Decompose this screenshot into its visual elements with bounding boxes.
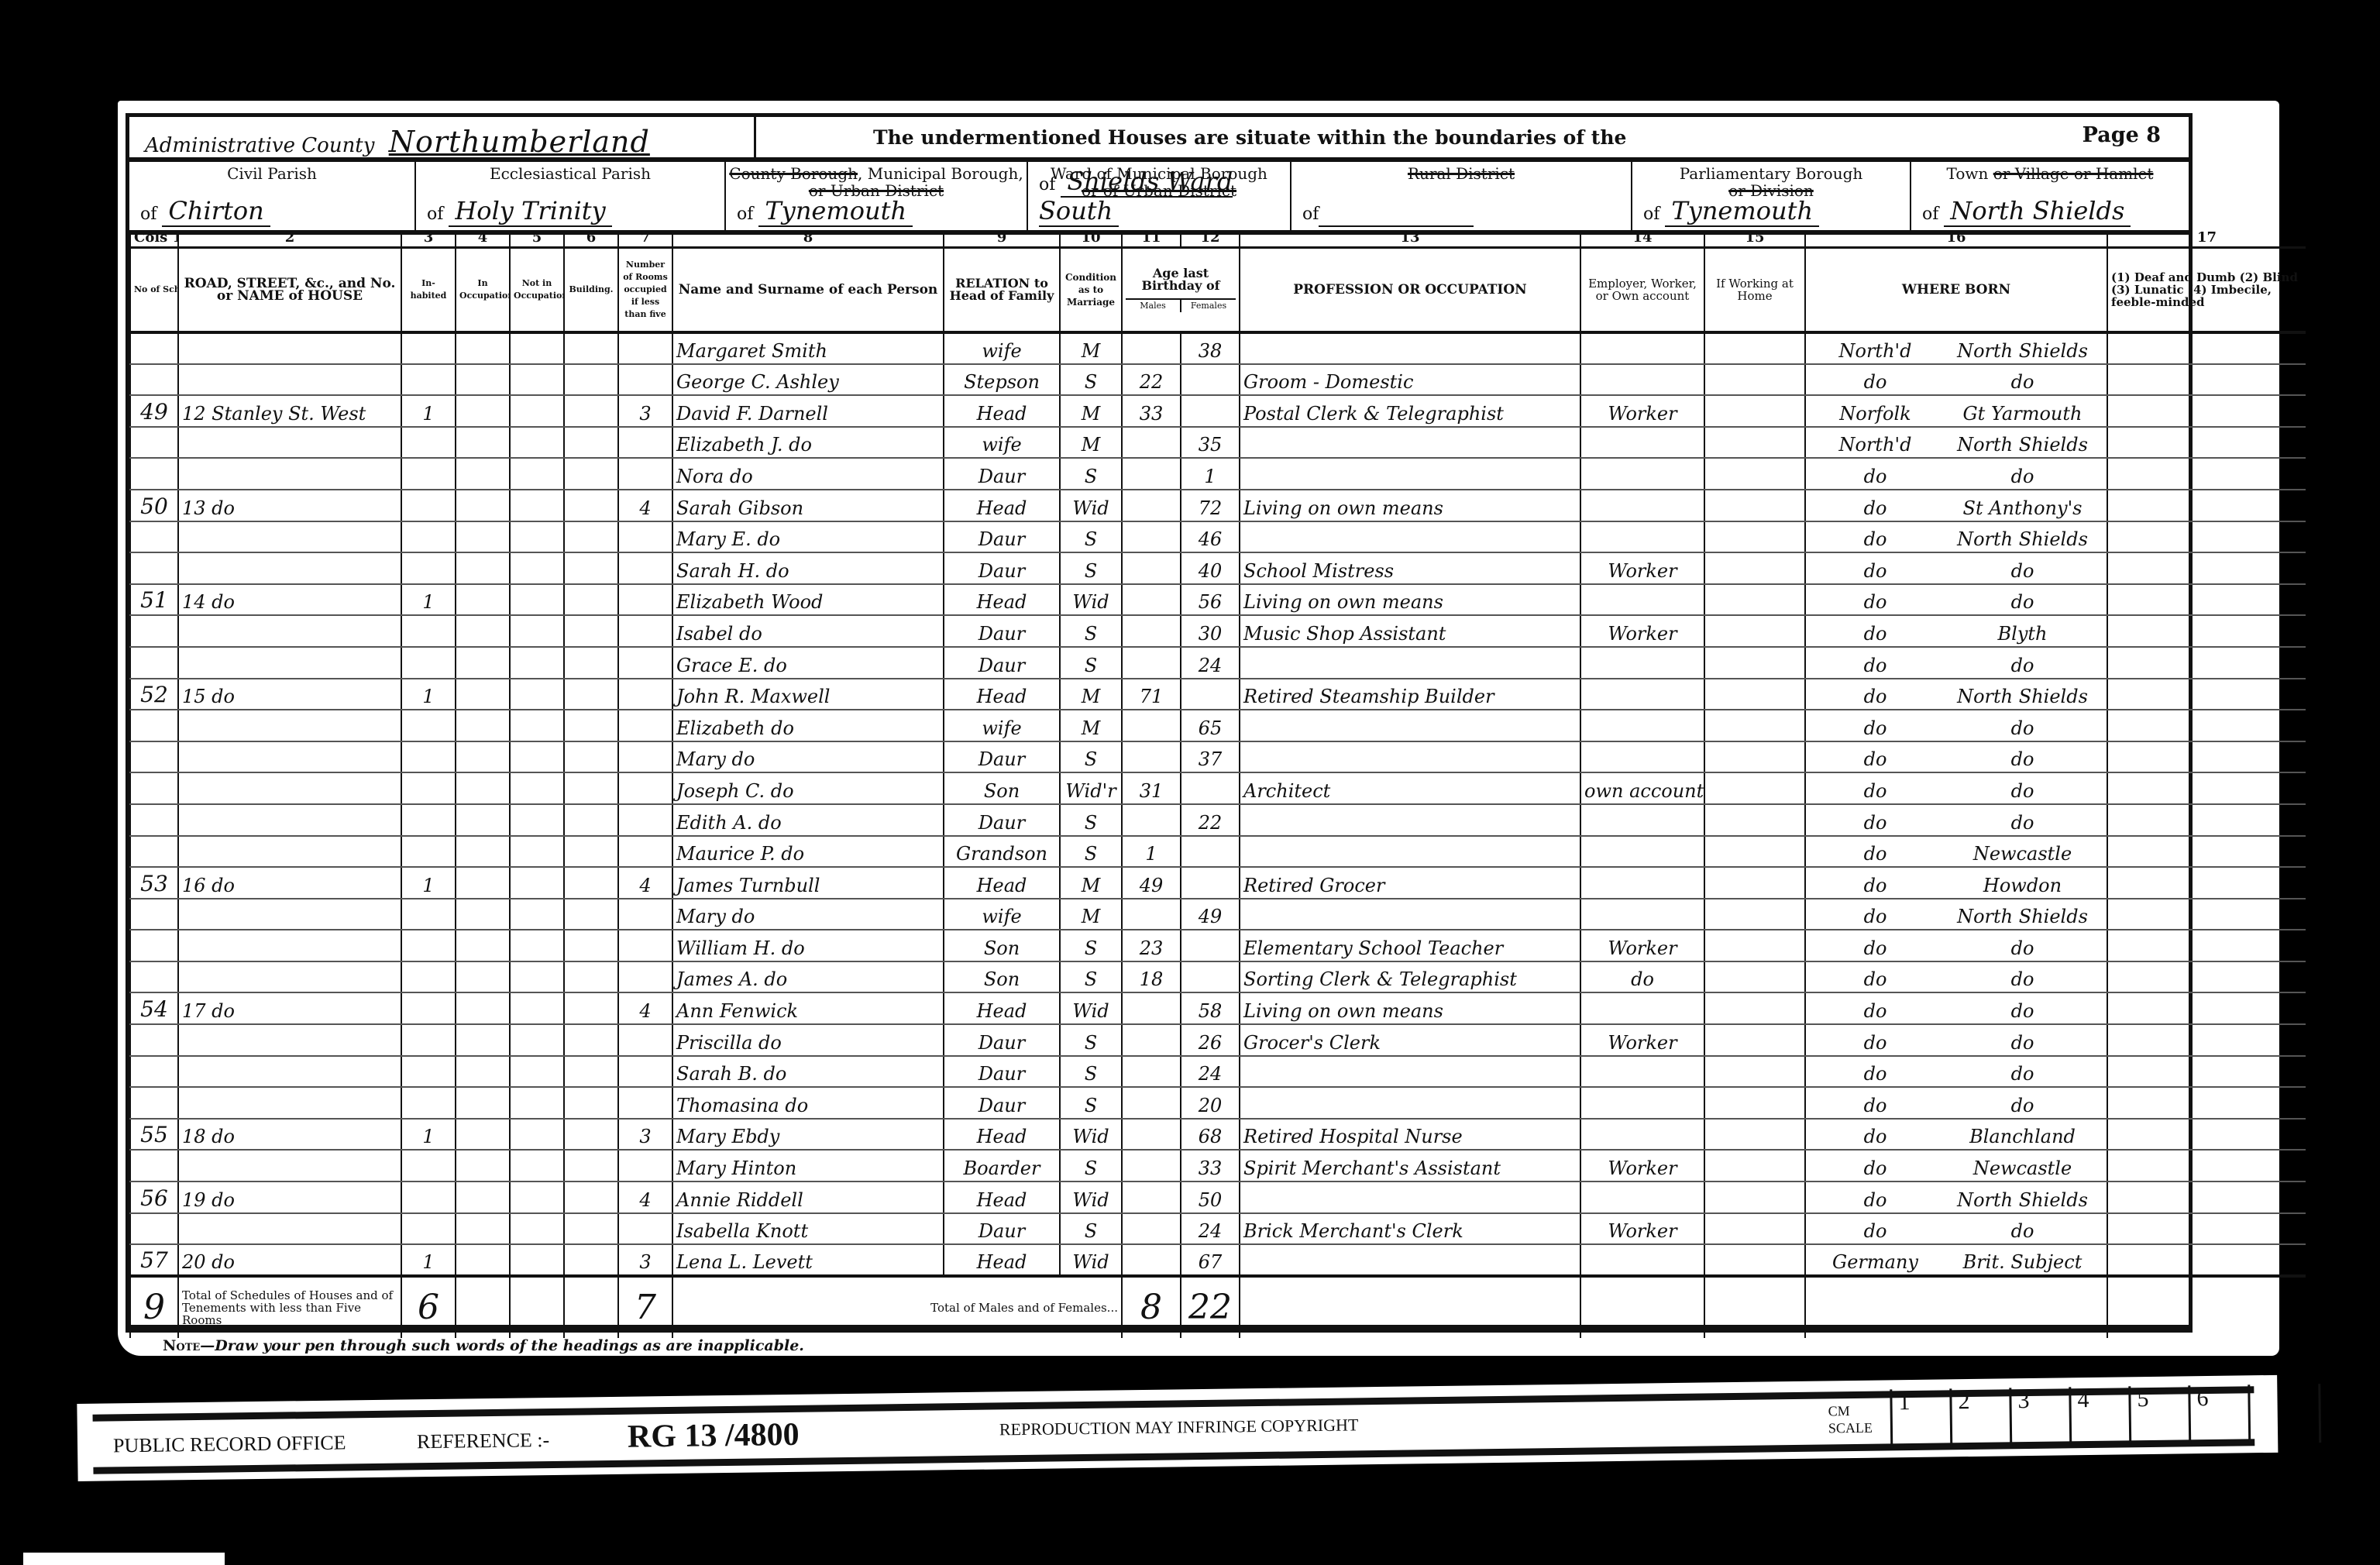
employment-status bbox=[1580, 992, 1704, 1024]
table-row: James A. doSonS18Sorting Clerk & Telegra… bbox=[130, 961, 2306, 993]
address bbox=[178, 364, 401, 396]
header-inhabited: In-habited bbox=[401, 247, 456, 332]
reference-label: REFERENCE :- bbox=[417, 1429, 550, 1453]
parliamentary-borough: Parliamentary Boroughor Division of Tyne… bbox=[1632, 162, 1911, 230]
occupation bbox=[1240, 710, 1580, 741]
cm-scale-label: CM SCALE bbox=[1828, 1402, 1876, 1437]
occupation: Architect bbox=[1240, 772, 1580, 804]
address: 18 do bbox=[178, 1119, 401, 1151]
table-row: Elizabeth J. dowifeM35North'dNorth Shiel… bbox=[130, 427, 2306, 459]
age-male: 23 bbox=[1122, 930, 1181, 961]
condition: M bbox=[1060, 332, 1122, 364]
born-county: do bbox=[1809, 1032, 1941, 1054]
relation: Daur bbox=[944, 521, 1060, 553]
occupation bbox=[1240, 521, 1580, 553]
born-county: do bbox=[1809, 466, 1941, 487]
born-place: Gt Yarmouth bbox=[1941, 403, 2103, 425]
where-born: doHowdon bbox=[1805, 867, 2107, 899]
occupation: Brick Merchant's Clerk bbox=[1240, 1213, 1580, 1245]
occupation: School Mistress bbox=[1240, 552, 1580, 584]
employment-status bbox=[1580, 521, 1704, 553]
person-name: Elizabeth J. do bbox=[672, 427, 944, 459]
houses-inhabited bbox=[401, 930, 456, 961]
houses-inhabited bbox=[401, 552, 456, 584]
schedule-number: 54 bbox=[130, 992, 178, 1024]
occupation bbox=[1240, 458, 1580, 490]
condition: S bbox=[1060, 930, 1122, 961]
condition: Wid'r bbox=[1060, 772, 1122, 804]
relation: Boarder bbox=[944, 1150, 1060, 1181]
rooms bbox=[618, 647, 672, 679]
person-name: David F. Darnell bbox=[672, 395, 944, 427]
page-corner bbox=[23, 1553, 225, 1565]
rooms bbox=[618, 899, 672, 930]
copyright-notice: REPRODUCTION MAY INFRINGE COPYRIGHT bbox=[999, 1415, 1359, 1439]
occupation bbox=[1240, 427, 1580, 459]
cm-scale-mark: 1 bbox=[1890, 1388, 1950, 1448]
where-born: dodo bbox=[1805, 961, 2107, 993]
born-place: North Shields bbox=[1941, 528, 2103, 550]
column-number: 17 bbox=[2107, 230, 2306, 247]
age-female: 1 bbox=[1181, 458, 1240, 490]
age-male: 49 bbox=[1122, 867, 1181, 899]
cm-scale-mark: 4 bbox=[2069, 1386, 2129, 1446]
where-born: North'dNorth Shields bbox=[1805, 332, 2107, 364]
where-born: dodo bbox=[1805, 1213, 2107, 1245]
employment-status bbox=[1580, 1056, 1704, 1088]
born-county: North'd bbox=[1809, 340, 1941, 362]
person-name: Edith A. do bbox=[672, 804, 944, 836]
schedule-number bbox=[130, 836, 178, 868]
person-name: Mary Hinton bbox=[672, 1150, 944, 1181]
address bbox=[178, 427, 401, 459]
houses-inhabited: 1 bbox=[401, 1119, 456, 1151]
schedule-number bbox=[130, 458, 178, 490]
census-form: Administrative County Northumberland The… bbox=[126, 113, 2193, 1333]
rooms bbox=[618, 741, 672, 773]
where-born: NorfolkGt Yarmouth bbox=[1805, 395, 2107, 427]
address: 16 do bbox=[178, 867, 401, 899]
born-place: do bbox=[1941, 1095, 2103, 1116]
houses-inhabited bbox=[401, 1181, 456, 1213]
where-born: dodo bbox=[1805, 552, 2107, 584]
born-county: do bbox=[1809, 1000, 1941, 1022]
age-male bbox=[1122, 647, 1181, 679]
table-row: Edith A. doDaurS22dodo bbox=[130, 804, 2306, 836]
age-female: 38 bbox=[1181, 332, 1240, 364]
header-rooms: Number of Rooms occupied if less than fi… bbox=[618, 247, 672, 332]
header-address: ROAD, STREET, &c., and No. or NAME of HO… bbox=[178, 247, 401, 332]
occupation: Retired Hospital Nurse bbox=[1240, 1119, 1580, 1151]
rooms: 4 bbox=[618, 992, 672, 1024]
table-row: Margaret SmithwifeM38North'dNorth Shield… bbox=[130, 332, 2306, 364]
age-female: 26 bbox=[1181, 1024, 1240, 1056]
schedule-number bbox=[130, 930, 178, 961]
born-place: do bbox=[1941, 655, 2103, 676]
address: 19 do bbox=[178, 1181, 401, 1213]
cm-scale-mark bbox=[2248, 1384, 2321, 1443]
header-occupation: PROFESSION OR OCCUPATION bbox=[1240, 247, 1580, 332]
table-row: Sarah H. doDaurS40School MistressWorkerd… bbox=[130, 552, 2306, 584]
where-born: doBlyth bbox=[1805, 615, 2107, 647]
column-number: 11 bbox=[1122, 230, 1181, 247]
address bbox=[178, 521, 401, 553]
rural-district-value bbox=[1319, 196, 1474, 227]
age-female: 68 bbox=[1181, 1119, 1240, 1151]
houses-inhabited bbox=[401, 992, 456, 1024]
schedule-number: 57 bbox=[130, 1244, 178, 1276]
address: 20 do bbox=[178, 1244, 401, 1276]
column-number: 2 bbox=[178, 230, 401, 247]
where-born: doNewcastle bbox=[1805, 836, 2107, 868]
parliamentary-borough-value: Tynemouth bbox=[1665, 196, 1819, 227]
age-female: 24 bbox=[1181, 1213, 1240, 1245]
relation: wife bbox=[944, 427, 1060, 459]
person-name: Elizabeth do bbox=[672, 710, 944, 741]
where-born: doNewcastle bbox=[1805, 1150, 2107, 1181]
table-row: 4912 Stanley St. West13David F. DarnellH… bbox=[130, 395, 2306, 427]
boundaries-intro: The undermentioned Houses are situate wi… bbox=[873, 126, 1626, 149]
employment-status: own account bbox=[1580, 772, 1704, 804]
condition: M bbox=[1060, 710, 1122, 741]
header-name: Name and Surname of each Person bbox=[672, 247, 944, 332]
born-county: do bbox=[1809, 1063, 1941, 1085]
header-in-occupation: In Occupation. bbox=[456, 247, 510, 332]
schedule-number bbox=[130, 961, 178, 993]
person-name: Sarah H. do bbox=[672, 552, 944, 584]
age-female: 22 bbox=[1181, 804, 1240, 836]
relation: Daur bbox=[944, 615, 1060, 647]
rooms bbox=[618, 1056, 672, 1088]
age-female bbox=[1181, 679, 1240, 710]
table-row: Grace E. doDaurS24dodo bbox=[130, 647, 2306, 679]
census-table: Cols 1234567891011121314151617 No of Sch… bbox=[129, 230, 2306, 1338]
page-number: Page 8 bbox=[2082, 123, 2161, 147]
age-female: 24 bbox=[1181, 647, 1240, 679]
address: 14 do bbox=[178, 584, 401, 616]
born-county: Germany bbox=[1809, 1251, 1941, 1273]
born-place: North Shields bbox=[1941, 686, 2103, 707]
address bbox=[178, 836, 401, 868]
schedule-number bbox=[130, 521, 178, 553]
rooms: 3 bbox=[618, 1119, 672, 1151]
schedule-number bbox=[130, 804, 178, 836]
age-female: 65 bbox=[1181, 710, 1240, 741]
column-number: 13 bbox=[1240, 230, 1580, 247]
rooms bbox=[618, 364, 672, 396]
record-office-label: PUBLIC RECORD OFFICE bbox=[113, 1431, 346, 1457]
occupation bbox=[1240, 1056, 1580, 1088]
houses-inhabited bbox=[401, 1150, 456, 1181]
relation: Head bbox=[944, 490, 1060, 521]
age-male bbox=[1122, 1150, 1181, 1181]
born-place: North Shields bbox=[1941, 340, 2103, 362]
person-name: Ann Fenwick bbox=[672, 992, 944, 1024]
age-male bbox=[1122, 1213, 1181, 1245]
occupation: Postal Clerk & Telegraphist bbox=[1240, 395, 1580, 427]
header-at-home: If Working at Home bbox=[1704, 247, 1805, 332]
condition: S bbox=[1060, 458, 1122, 490]
born-place: do bbox=[1941, 371, 2103, 393]
table-row: 5619 do4Annie RiddellHeadWid50doNorth Sh… bbox=[130, 1181, 2306, 1213]
schedule-number bbox=[130, 772, 178, 804]
table-row: Isabella KnottDaurS24Brick Merchant's Cl… bbox=[130, 1213, 2306, 1245]
person-name: Joseph C. do bbox=[672, 772, 944, 804]
column-number: Cols 1 bbox=[130, 230, 178, 247]
schedule-number bbox=[130, 647, 178, 679]
age-male bbox=[1122, 1056, 1181, 1088]
employment-status bbox=[1580, 1087, 1704, 1119]
houses-inhabited bbox=[401, 961, 456, 993]
column-number: 12 bbox=[1181, 230, 1240, 247]
where-born: dodo bbox=[1805, 804, 2107, 836]
person-name: James A. do bbox=[672, 961, 944, 993]
age-female bbox=[1181, 930, 1240, 961]
person-name: Sarah Gibson bbox=[672, 490, 944, 521]
relation: Daur bbox=[944, 1087, 1060, 1119]
person-name: Grace E. do bbox=[672, 647, 944, 679]
table-row: Priscilla doDaurS26Grocer's ClerkWorkerd… bbox=[130, 1024, 2306, 1056]
born-county: do bbox=[1809, 812, 1941, 834]
rooms bbox=[618, 615, 672, 647]
relation: Daur bbox=[944, 552, 1060, 584]
born-county: do bbox=[1809, 717, 1941, 739]
town: Town or Village or Hamlet of North Shiel… bbox=[1911, 162, 2189, 230]
total-rooms-lt5: 7 bbox=[618, 1276, 672, 1338]
born-county: Norfolk bbox=[1809, 403, 1941, 425]
reference-number: RG 13 /4800 bbox=[628, 1416, 800, 1456]
schedule-number bbox=[130, 899, 178, 930]
header-infirmity: (1) Deaf and Dumb (2) Blind (3) Lunatic … bbox=[2107, 247, 2306, 332]
column-number: 14 bbox=[1580, 230, 1704, 247]
occupation bbox=[1240, 332, 1580, 364]
age-male bbox=[1122, 332, 1181, 364]
address bbox=[178, 1213, 401, 1245]
total-schedules: 9 bbox=[130, 1276, 178, 1338]
born-place: do bbox=[1941, 717, 2103, 739]
employment-status bbox=[1580, 710, 1704, 741]
relation: Daur bbox=[944, 458, 1060, 490]
employment-status: Worker bbox=[1580, 1024, 1704, 1056]
condition: M bbox=[1060, 427, 1122, 459]
born-county: do bbox=[1809, 1095, 1941, 1116]
houses-inhabited bbox=[401, 710, 456, 741]
occupation: Groom - Domestic bbox=[1240, 364, 1580, 396]
column-number: 4 bbox=[456, 230, 510, 247]
born-county: do bbox=[1809, 1220, 1941, 1242]
age-female bbox=[1181, 836, 1240, 868]
schedule-number bbox=[130, 710, 178, 741]
table-row: Mary HintonBoarderS33Spirit Merchant's A… bbox=[130, 1150, 2306, 1181]
person-name: Nora do bbox=[672, 458, 944, 490]
table-row: Sarah B. doDaurS24dodo bbox=[130, 1056, 2306, 1088]
schedule-number bbox=[130, 1150, 178, 1181]
form-title-band: Administrative County Northumberland The… bbox=[129, 117, 2189, 162]
condition: M bbox=[1060, 679, 1122, 710]
person-name: James Turnbull bbox=[672, 867, 944, 899]
age-female bbox=[1181, 395, 1240, 427]
where-born: dodo bbox=[1805, 647, 2107, 679]
header-condition: Condition as to Marriage bbox=[1060, 247, 1122, 332]
employment-status: Worker bbox=[1580, 1150, 1704, 1181]
houses-inhabited: 1 bbox=[401, 867, 456, 899]
relation: Head bbox=[944, 395, 1060, 427]
address: 17 do bbox=[178, 992, 401, 1024]
cm-scale-mark: 3 bbox=[2009, 1387, 2069, 1446]
employment-status: Worker bbox=[1580, 395, 1704, 427]
civil-parish: Civil Parish of Chirton bbox=[129, 162, 416, 230]
born-place: St Anthony's bbox=[1941, 497, 2103, 519]
age-male bbox=[1122, 1181, 1181, 1213]
person-name: Isabel do bbox=[672, 615, 944, 647]
relation: Head bbox=[944, 867, 1060, 899]
rooms: 4 bbox=[618, 490, 672, 521]
born-place: Blyth bbox=[1941, 623, 2103, 645]
condition: S bbox=[1060, 1213, 1122, 1245]
person-name: Sarah B. do bbox=[672, 1056, 944, 1088]
where-born: dodo bbox=[1805, 772, 2107, 804]
age-male: 18 bbox=[1122, 961, 1181, 993]
ward-value: Shields Ward South bbox=[1039, 167, 1233, 227]
table-row: Mary dowifeM49doNorth Shields bbox=[130, 899, 2306, 930]
condition: S bbox=[1060, 1024, 1122, 1056]
condition: S bbox=[1060, 521, 1122, 553]
occupation: Retired Steamship Builder bbox=[1240, 679, 1580, 710]
relation: Daur bbox=[944, 1213, 1060, 1245]
rooms bbox=[618, 584, 672, 616]
born-place: do bbox=[1941, 591, 2103, 613]
condition: S bbox=[1060, 364, 1122, 396]
born-place: do bbox=[1941, 1220, 2103, 1242]
born-county: do bbox=[1809, 1189, 1941, 1211]
relation: Daur bbox=[944, 804, 1060, 836]
born-county: do bbox=[1809, 780, 1941, 802]
condition: M bbox=[1060, 395, 1122, 427]
administrative-county: Administrative County Northumberland bbox=[145, 125, 650, 159]
column-header-row: No of Schedule ROAD, STREET, &c., and No… bbox=[130, 247, 2306, 332]
relation: Son bbox=[944, 961, 1060, 993]
houses-inhabited: 1 bbox=[401, 395, 456, 427]
rooms bbox=[618, 961, 672, 993]
born-place: Brit. Subject bbox=[1941, 1251, 2103, 1273]
relation: Daur bbox=[944, 647, 1060, 679]
houses-inhabited bbox=[401, 521, 456, 553]
relation: wife bbox=[944, 899, 1060, 930]
rooms bbox=[618, 710, 672, 741]
district-band: Civil Parish of Chirton Ecclesiastical P… bbox=[129, 162, 2189, 235]
schedule-number: 55 bbox=[130, 1119, 178, 1151]
born-county: do bbox=[1809, 655, 1941, 676]
person-name: Priscilla do bbox=[672, 1024, 944, 1056]
person-name: Thomasina do bbox=[672, 1087, 944, 1119]
condition: S bbox=[1060, 804, 1122, 836]
rooms bbox=[618, 1087, 672, 1119]
condition: Wid bbox=[1060, 992, 1122, 1024]
rooms bbox=[618, 679, 672, 710]
header-building: Building. bbox=[564, 247, 618, 332]
relation: Daur bbox=[944, 1024, 1060, 1056]
occupation: Living on own means bbox=[1240, 992, 1580, 1024]
houses-inhabited bbox=[401, 615, 456, 647]
table-row: 5215 do1John R. MaxwellHeadM71Retired St… bbox=[130, 679, 2306, 710]
header-schedule: No of Schedule bbox=[130, 247, 178, 332]
age-male bbox=[1122, 552, 1181, 584]
where-born: doBlanchland bbox=[1805, 1119, 2107, 1151]
administrative-county-value: Northumberland bbox=[389, 125, 650, 159]
houses-inhabited bbox=[401, 836, 456, 868]
condition: S bbox=[1060, 552, 1122, 584]
born-county: do bbox=[1809, 560, 1941, 582]
person-name: Mary do bbox=[672, 899, 944, 930]
rooms: 4 bbox=[618, 867, 672, 899]
born-place: do bbox=[1941, 780, 2103, 802]
person-name: Lena L. Levett bbox=[672, 1244, 944, 1276]
where-born: dodo bbox=[1805, 741, 2107, 773]
employment-status bbox=[1580, 332, 1704, 364]
born-place: North Shields bbox=[1941, 434, 2103, 456]
age-male bbox=[1122, 710, 1181, 741]
relation: Head bbox=[944, 992, 1060, 1024]
employment-status: Worker bbox=[1580, 930, 1704, 961]
age-female: 24 bbox=[1181, 1056, 1240, 1088]
age-male: 1 bbox=[1122, 836, 1181, 868]
where-born: doNorth Shields bbox=[1805, 521, 2107, 553]
born-place: do bbox=[1941, 968, 2103, 990]
ecclesiastical-parish: Ecclesiastical Parish of Holy Trinity bbox=[416, 162, 726, 230]
table-row: William H. doSonS23Elementary School Tea… bbox=[130, 930, 2306, 961]
occupation: Spirit Merchant's Assistant bbox=[1240, 1150, 1580, 1181]
houses-inhabited bbox=[401, 899, 456, 930]
total-houses-inhabited: 6 bbox=[401, 1276, 456, 1338]
age-female: 56 bbox=[1181, 584, 1240, 616]
age-female bbox=[1181, 772, 1240, 804]
total-females: 22 bbox=[1181, 1276, 1240, 1338]
table-row: Joseph C. doSonWid'r31Architectown accou… bbox=[130, 772, 2306, 804]
age-male bbox=[1122, 741, 1181, 773]
employment-status bbox=[1580, 679, 1704, 710]
table-row: 5316 do14James TurnbullHeadM49Retired Gr… bbox=[130, 867, 2306, 899]
column-number: 6 bbox=[564, 230, 618, 247]
header-where-born: WHERE BORN bbox=[1805, 247, 2107, 332]
age-male bbox=[1122, 615, 1181, 647]
form-note: Note—Draw your pen through such words of… bbox=[163, 1337, 804, 1354]
rooms bbox=[618, 772, 672, 804]
table-row: Mary doDaurS37dodo bbox=[130, 741, 2306, 773]
cm-scale-mark: 2 bbox=[1949, 1388, 2010, 1447]
schedule-number: 52 bbox=[130, 679, 178, 710]
address bbox=[178, 710, 401, 741]
archive-reference-strip: PUBLIC RECORD OFFICE REFERENCE :- RG 13 … bbox=[77, 1375, 2278, 1481]
town-value: North Shields bbox=[1944, 196, 2131, 227]
age-female: 46 bbox=[1181, 521, 1240, 553]
born-county: do bbox=[1809, 1157, 1941, 1179]
houses-inhabited bbox=[401, 647, 456, 679]
rooms bbox=[618, 458, 672, 490]
born-county: do bbox=[1809, 1126, 1941, 1147]
civil-parish-value: Chirton bbox=[162, 196, 270, 227]
table-row: Elizabeth dowifeM65dodo bbox=[130, 710, 2306, 741]
person-name: Mary Ebdy bbox=[672, 1119, 944, 1151]
relation: Head bbox=[944, 1119, 1060, 1151]
rooms bbox=[618, 427, 672, 459]
schedule-number bbox=[130, 1213, 178, 1245]
address bbox=[178, 741, 401, 773]
age-female: 50 bbox=[1181, 1181, 1240, 1213]
table-row: 5114 do1Elizabeth WoodHeadWid56Living on… bbox=[130, 584, 2306, 616]
occupation: Living on own means bbox=[1240, 490, 1580, 521]
relation: Daur bbox=[944, 741, 1060, 773]
occupation: Grocer's Clerk bbox=[1240, 1024, 1580, 1056]
